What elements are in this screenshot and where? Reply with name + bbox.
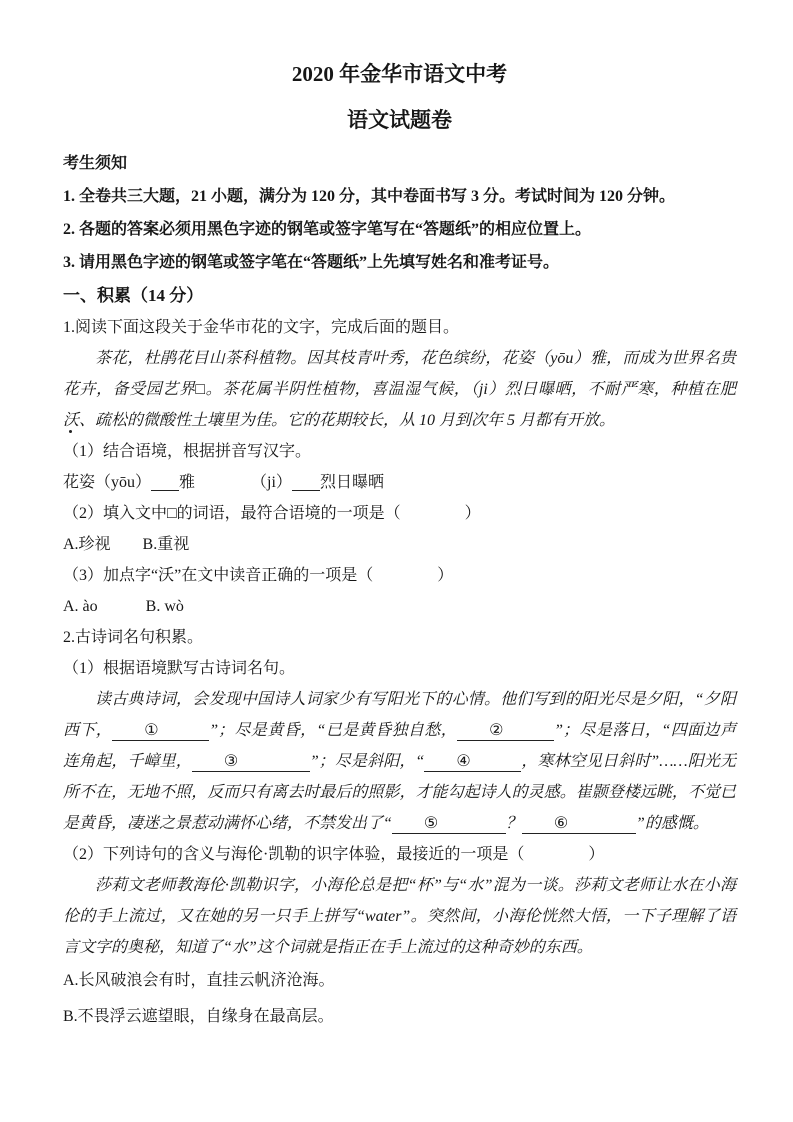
q1-sub3-label: （3）加点字“沃”在文中读音正确的一项是（ ） — [63, 560, 736, 591]
poem-blank-2: ② — [457, 721, 554, 741]
q1-sub2-label: （2）填入文中□的词语，最符合语境的一项是（ ） — [63, 498, 736, 529]
poem-text-6: ？ — [506, 815, 522, 832]
notice-item-3: 3. 请用黑色字迹的钢笔或签字笔在“答题纸”上先填写姓名和准考证号。 — [63, 246, 736, 279]
q1-sub2-options: A.珍视 B.重视 — [63, 529, 736, 560]
section-heading-accumulation: 一、积累（14 分） — [63, 279, 736, 312]
q1-sub1-label: （1）结合语境，根据拼音写汉字。 — [63, 436, 736, 467]
q1-passage: 茶花，杜鹃花目山茶科植物。因其枝青叶秀，花色缤纷，花姿（yōu）雅，而成为世界名… — [63, 343, 736, 436]
document-page: 2020 年金华市语文中考 语文试题卷 考生须知 1. 全卷共三大题，21 小题… — [0, 0, 793, 1122]
q1-sub3-options: A. ào B. wò — [63, 591, 736, 622]
poem-blank-5: ⑤ — [392, 814, 506, 834]
pinyin-blank-2 — [292, 471, 320, 491]
poem-text-2: ”；尽是黄昏，“已是黄昏独自愁， — [209, 722, 457, 739]
notice-heading: 考生须知 — [63, 148, 736, 180]
q2-stem: 2.古诗词名句积累。 — [63, 622, 736, 653]
poem-blank-4: ④ — [424, 752, 521, 772]
notice-item-2: 2. 各题的答案必须用黑色字迹的钢笔或签字笔写在“答题纸”的相应位置上。 — [63, 213, 736, 246]
q1-pinyin-answer-line: 花姿（yōu）雅（ji）烈日曝晒 — [63, 467, 736, 498]
q2-sub2-label: （2）下列诗句的含义与海伦·凯勒的识字体验，最接近的一项是（ ） — [63, 839, 736, 870]
poem-text-4: ”；尽是斜阳，“ — [310, 753, 424, 770]
page-subtitle: 语文试题卷 — [63, 104, 736, 137]
q2-sub1-label: （1）根据语境默写古诗词名句。 — [63, 653, 736, 684]
poem-blank-6: ⑥ — [522, 814, 636, 834]
pinyin-after-2: 烈日曝晒 — [320, 474, 384, 491]
pinyin-before-1: 花姿（yōu） — [63, 474, 151, 491]
poem-blank-1: ① — [112, 721, 209, 741]
q1-passage-part2: 、疏松的微酸性土壤里为佳。它的花期较长，从 10 月到次年 5 月都有开放。 — [79, 412, 615, 429]
pinyin-blank-1 — [151, 471, 179, 491]
pinyin-after-1: 雅 — [179, 474, 195, 491]
q1-passage-dotted-char: 沃 — [63, 412, 79, 429]
page-title: 2020 年金华市语文中考 — [63, 58, 736, 91]
poem-blank-3: ③ — [192, 752, 310, 772]
q2-helen-passage: 莎莉文老师教海伦·凯勒识字，小海伦总是把“杯”与“水”混为一谈。莎莉文老师让水在… — [63, 870, 736, 963]
q2-option-b: B.不畏浮云遮望眼，自缘身在最高层。 — [63, 999, 736, 1035]
q1-passage-part1: 茶花，杜鹃花目山茶科植物。因其枝青叶秀，花色缤纷，花姿（yōu）雅，而成为世界名… — [63, 350, 736, 398]
poem-text-7: ”的感慨。 — [636, 815, 709, 832]
q2-option-a: A.长风破浪会有时，直挂云帆济沧海。 — [63, 963, 736, 999]
q1-stem: 1.阅读下面这段关于金华市花的文字，完成后面的题目。 — [63, 312, 736, 343]
pinyin-before-2: （ji） — [251, 474, 292, 491]
q2-poem-passage: 读古典诗词，会发现中国诗人词家少有写阳光下的心情。他们写到的阳光尽是夕阳，“夕阳… — [63, 684, 736, 839]
notice-item-1: 1. 全卷共三大题，21 小题，满分为 120 分，其中卷面书写 3 分。考试时… — [63, 180, 736, 213]
